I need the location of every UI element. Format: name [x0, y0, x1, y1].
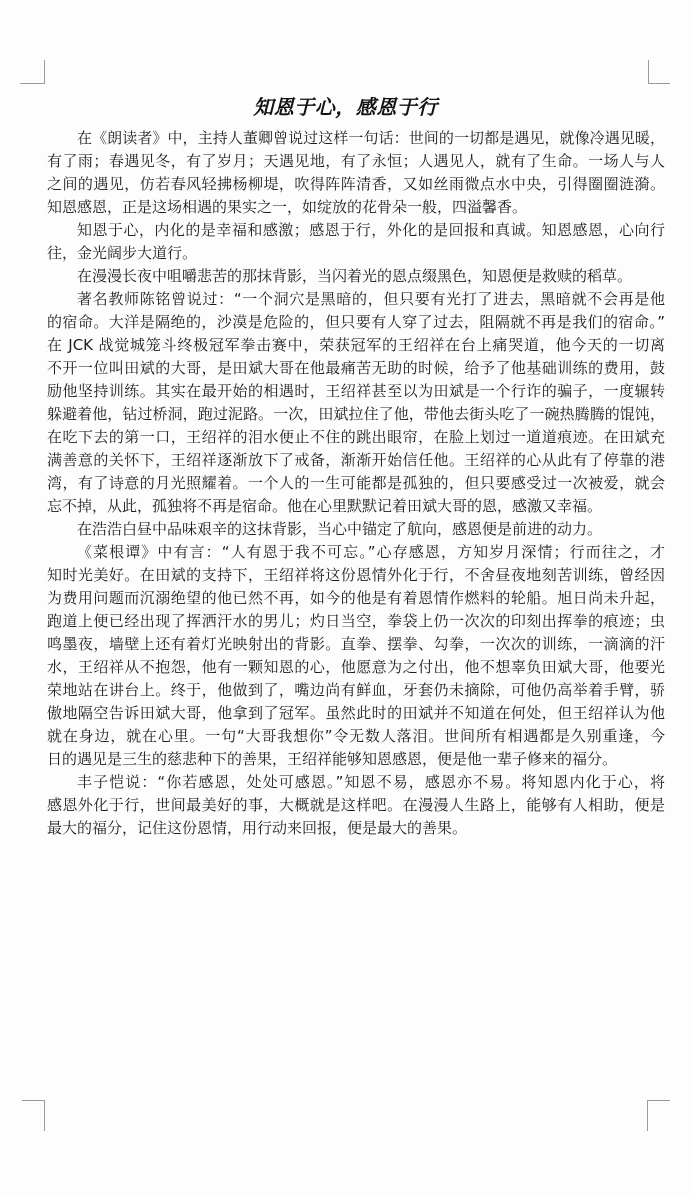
paragraph-line: 忘不掉，从此，孤独将不再是宿命。他在心里默默记着田斌大哥的恩，感激又幸福。 [47, 495, 665, 518]
paragraph-line: 不开一位叫田斌的大哥，是田斌大哥在他最痛苦无助的时候，给予了他基础训练的费用，鼓 [47, 357, 665, 380]
paragraph-line: 湾，有了诗意的月光照耀着。一个人的一生可能都是孤独的，但只要感受过一次被爱，就会 [47, 472, 665, 495]
paragraph-line: 的宿命。大洋是隔绝的，沙漠是危险的，但只要有人穿了过去，阻隔就不再是我们的宿命。… [47, 311, 665, 334]
paragraph-line: 丰子恺说：“你若感恩，处处可感恩。”知恩不易，感恩亦不易。将知恩内化于心，将 [47, 771, 665, 794]
paragraph-line: 满善意的关怀下，王绍祥逐渐放下了戒备，渐渐开始信任他。王绍祥的心从此有了停靠的港 [47, 449, 665, 472]
crop-mark-top-left-horizontal [20, 83, 45, 84]
document-body: 在《朗读者》中，主持人董卿曾说过这样一句话：世间的一切都是遇见，就像冷遇见暖， … [47, 127, 665, 840]
paragraph-line: 知恩于心，内化的是幸福和感激；感恩于行，外化的是回报和真诚。知恩感恩，心向行 [47, 219, 665, 242]
paragraph-line: 励他坚持训练。其实在最开始的相遇时，王绍祥甚至以为田斌是一个行诈的骗子，一度辗转 [47, 380, 665, 403]
paragraph-line: 为费用问题而沉溺绝望的他已然不再，如今的他是有着恩情作燃料的轮船。旭日尚未升起， [47, 587, 665, 610]
paragraph-line: 在《朗读者》中，主持人董卿曾说过这样一句话：世间的一切都是遇见，就像冷遇见暖， [47, 127, 665, 150]
paragraph-line: 在吃下去的第一口，王绍祥的泪水便止不住的跳出眼帘，在脸上划过一道道痕迹。在田斌充 [47, 426, 665, 449]
paragraph-line: 日的遇见是三生的慈悲种下的善果，王绍祥能够知恩感恩，便是他一辈子修来的福分。 [47, 748, 665, 771]
paragraph-line: 著名教师陈铭曾说过：“一个洞穴是黑暗的，但只要有光打了进去，黑暗就不会再是他 [47, 288, 665, 311]
paragraph-line: 感恩外化于行，世间最美好的事，大概就是这样吧。在漫漫人生路上，能够有人相助，便是 [47, 794, 665, 817]
paragraph-line: 就在身边，就在心里。一句“大哥我想你”令无数人落泪。世间所有相遇都是久别重逢，今 [47, 725, 665, 748]
paragraph-line: 《菜根谭》中有言：“人有恩于我不可忘。”心存感恩，方知岁月深情；行而往之，才 [47, 541, 665, 564]
paragraph-line: 鸣墨夜，墙壁上还有着灯光映射出的背影。直拳、摆拳、勾拳，一次次的训练，一滴滴的汗 [47, 633, 665, 656]
paragraph-line: 水，王绍祥从不抱怨，他有一颗知恩的心，他愿意为之付出，他不想辜负田斌大哥，他要光 [47, 656, 665, 679]
paragraph-line: 在 JCK 战觉城笼斗终极冠军拳击赛中，荣获冠军的王绍祥在台上痛哭道，他今天的一… [47, 334, 665, 357]
paragraph-line: 往，金光阔步大道行。 [47, 242, 665, 265]
paragraph-line: 之间的遇见，仿若春风轻拂杨柳堤，吹得阵阵清香，又如丝雨微点水中央，引得圈圈涟漪。 [47, 173, 665, 196]
paragraph-line: 傲地隔空告诉田斌大哥，他拿到了冠军。虽然此时的田斌并不知道在何处，但王绍祥认为他 [47, 702, 665, 725]
paragraph-line: 最大的福分，记住这份恩情，用行动来回报，便是最大的善果。 [47, 817, 665, 840]
paragraph-line: 跑道上便已经出现了挥洒汗水的男儿；灼日当空，拳袋上仍一次次的印刻出挥拳的痕迹；虫 [47, 610, 665, 633]
crop-mark-bottom-left-horizontal [22, 1100, 45, 1101]
crop-mark-bottom-left-vertical [44, 1100, 45, 1131]
paragraph-line: 荣地站在讲台上。终于，他做到了，嘴边尚有鲜血，牙套仍未摘除，可他仍高举着手臂，骄 [47, 679, 665, 702]
paragraph-line: 在浩浩白昼中品味艰辛的这抹背影，当心中锚定了航向，感恩便是前进的动力。 [47, 518, 665, 541]
crop-mark-bottom-right-horizontal [647, 1100, 670, 1101]
paragraph-line: 知恩感恩，正是这场相遇的果实之一，如绽放的花骨朵一般，四溢馨香。 [47, 196, 665, 219]
crop-mark-top-left-vertical [44, 60, 45, 84]
paragraph-line: 在漫漫长夜中咀嚼悲苦的那抹背影，当闪着光的恩点缀黑色，知恩便是救赎的稻草。 [47, 265, 665, 288]
paragraph-line: 躲避着他，钻过桥洞，跑过泥路。一次，田斌拉住了他，带他去街头吃了一碗热腾腾的馄饨… [47, 403, 665, 426]
crop-mark-bottom-right-vertical [647, 1100, 648, 1131]
paragraph-line: 知时光美好。在田斌的支持下，王绍祥将这份恩情外化于行，不舍昼夜地刻苦训练，曾经因 [47, 564, 665, 587]
crop-mark-top-right-vertical [648, 60, 649, 84]
paragraph-line: 有了雨；春遇见冬，有了岁月；天遇见地，有了永恒；人遇见人，就有了生命。一场人与人 [47, 150, 665, 173]
crop-mark-top-right-horizontal [648, 83, 670, 84]
document-title: 知恩于心，感恩于行 [0, 91, 691, 120]
